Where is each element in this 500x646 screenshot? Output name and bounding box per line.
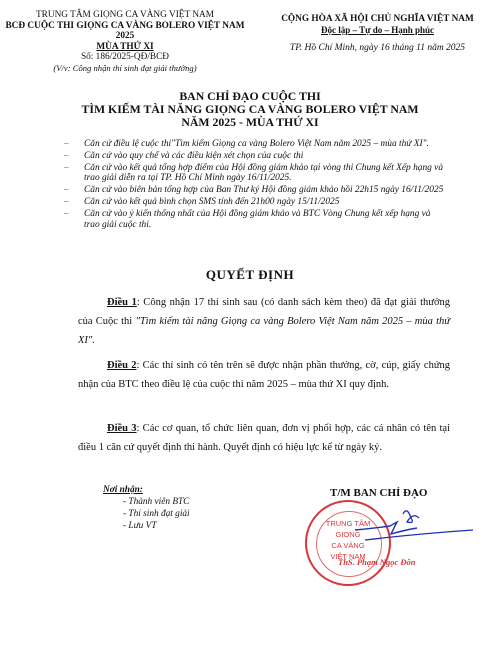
- title-line-3: NĂM 2025 - MÙA THỨ XI: [40, 116, 460, 129]
- recipient-item: - Thí sinh đạt giải: [123, 508, 190, 520]
- recipients-block: Nơi nhận: - Thành viên BTC - Thí sinh đạ…: [103, 484, 190, 532]
- national-motto: Độc lập – Tự do – Hạnh phúc: [255, 25, 500, 36]
- legal-basis: Căn cứ điều lệ cuộc thi"Tìm kiếm Giọng c…: [84, 139, 444, 150]
- article-2: Điều 2: Các thí sinh có tên trên sẽ được…: [78, 356, 450, 394]
- decision-heading: QUYẾT ĐỊNH: [0, 267, 500, 283]
- committee-name: BCĐ CUỘC THI GIỌNG CA VÀNG BOLERO VIỆT N…: [0, 21, 250, 42]
- issuer-header: TRUNG TÂM GIỌNG CA VÀNG VIỆT NAM BCĐ CUỘ…: [0, 10, 250, 73]
- article-1: Điều 1: Công nhận 17 thí sinh sau (có da…: [78, 293, 450, 350]
- recipients-heading: Nơi nhận:: [103, 484, 190, 496]
- signer-name: ThS. Phạm Ngọc Đôn: [338, 557, 415, 567]
- national-header: CỘNG HÒA XÃ HỘI CHỦ NGHĨA VIỆT NAM Độc l…: [255, 14, 500, 54]
- legal-bases-list: Căn cứ điều lệ cuộc thi"Tìm kiếm Giọng c…: [84, 139, 444, 231]
- document-title: BAN CHỈ ĐẠO CUỘC THI TÌM KIẾM TÀI NĂNG G…: [40, 90, 460, 129]
- legal-basis: Căn cứ vào kết quả bình chọn SMS tính đế…: [84, 197, 444, 208]
- legal-basis: Căn cứ vào ý kiến thống nhất của Hội đồn…: [84, 209, 444, 231]
- document-subject: (V/v: Công nhận thí sinh đạt giải thưởng…: [0, 63, 250, 74]
- recipient-item: - Lưu VT: [123, 520, 190, 532]
- recipient-item: - Thành viên BTC: [123, 496, 190, 508]
- place-date: TP. Hồ Chí Minh, ngày 16 tháng 11 năm 20…: [255, 43, 500, 54]
- legal-basis: Căn cứ vào kết quả tổng hợp điểm của Hội…: [84, 163, 444, 185]
- nation-name: CỘNG HÒA XÃ HỘI CHỦ NGHĨA VIỆT NAM: [255, 14, 500, 25]
- org-name: TRUNG TÂM GIỌNG CA VÀNG VIỆT NAM: [0, 10, 250, 21]
- article-label: Điều 1: [107, 297, 137, 308]
- handwritten-signature: [355, 500, 475, 550]
- article-label: Điều 2: [107, 360, 137, 371]
- article-3: Điều 3: Các cơ quan, tổ chức liên quan, …: [78, 419, 450, 457]
- signature-title: T/M BAN CHỈ ĐẠO: [330, 487, 427, 499]
- legal-basis: Căn cứ vào biên bản tổng hợp của Ban Thư…: [84, 185, 444, 196]
- legal-basis: Căn cứ vào quy chế và các điều kiện xét …: [84, 151, 444, 162]
- document-number: Số: 186/2025-QĐ/BCĐ: [0, 52, 250, 63]
- season-label: MÙA THỨ XI: [0, 42, 250, 53]
- article-label: Điều 3: [107, 423, 137, 434]
